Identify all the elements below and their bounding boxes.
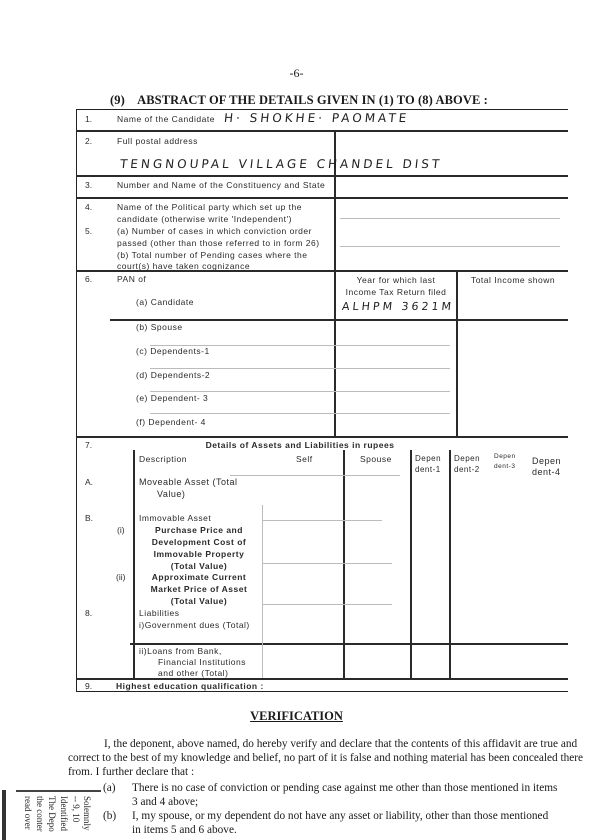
clause-marker: (b)	[103, 809, 116, 824]
col-dependent-4: Depen	[532, 456, 561, 466]
col-divider	[449, 450, 451, 678]
pan-row-dependent-3: (e) Dependent- 3	[136, 393, 208, 403]
row-letter: A.	[85, 477, 93, 487]
col-divider	[410, 450, 412, 678]
col-description: Description	[139, 454, 187, 464]
party-label-cont: candidate (otherwise write 'Independent'…	[117, 214, 292, 224]
page-number: -6-	[0, 66, 593, 81]
candidate-name-label: Name of the Candidate	[117, 114, 215, 124]
item-number: 2.	[85, 136, 92, 146]
section-heading: ABSTRACT OF THE DETAILS GIVEN IN (1) TO …	[137, 93, 488, 107]
stamp-line: -- 9, 10	[71, 796, 81, 822]
year-itr-header-cont: Income Tax Return filed	[336, 287, 456, 297]
moveable-asset-label: Moveable Asset (Total	[139, 477, 238, 487]
purchase-price-label-cont: Development Cost of	[134, 537, 264, 547]
government-dues-label: i)Government dues (Total)	[139, 620, 250, 630]
education-label: Highest education qualification :	[116, 681, 264, 691]
item-number: 4.	[85, 202, 92, 212]
pending-cases-label-cont: court(s) have taken cognizance	[117, 261, 250, 271]
item-number: 7.	[85, 440, 92, 450]
pan-label: PAN of	[117, 274, 146, 284]
row-divider	[76, 436, 568, 438]
row-divider	[76, 678, 568, 680]
pan-row-dependent-2: (d) Dependents-2	[136, 370, 210, 380]
clause-b-text-cont: in items 5 and 6 above.	[132, 823, 237, 838]
row-divider	[130, 643, 568, 645]
item-number: 9.	[85, 681, 92, 691]
col-dependent-2: Depen	[454, 454, 480, 463]
sub-number: (ii)	[116, 572, 125, 582]
row-divider	[76, 175, 568, 177]
constituency-label: Number and Name of the Constituency and …	[117, 180, 325, 190]
item-number: 3.	[85, 180, 92, 190]
item-number: 1.	[85, 114, 92, 124]
col-dependent-1: Depen	[415, 454, 441, 463]
purchase-price-label-cont: (Total Value)	[134, 561, 264, 571]
clause-b-text: I, my spouse, or my dependent do not hav…	[132, 809, 548, 824]
col-dependent-3-cont: dent-3	[494, 463, 515, 470]
market-price-label-cont: (Total Value)	[134, 596, 264, 606]
pan-row-dependent-4: (f) Dependent- 4	[136, 417, 206, 427]
col-dependent-3: Depen	[494, 453, 516, 460]
stamp-line: The Depo	[47, 796, 57, 832]
item-number: 6.	[85, 274, 92, 284]
notary-stamp: Solemnly -- 9, 10 Identified The Depo th…	[2, 790, 96, 840]
market-price-label-cont: Market Price of Asset	[134, 584, 264, 594]
section-number: (9)	[110, 93, 125, 107]
pending-cases-label: (b) Total number of Pending cases where …	[117, 250, 308, 260]
total-income-header: Total Income shown	[458, 275, 568, 285]
conviction-cases-label: (a) Number of cases in which conviction …	[117, 226, 312, 236]
verification-paragraph-line: from. I further declare that :	[68, 765, 194, 780]
col-divider	[343, 450, 345, 678]
market-price-label: Approximate Current	[134, 572, 264, 582]
clause-marker: (a)	[103, 781, 116, 796]
candidate-name-value[interactable]: H· SHOKHE· PAOMATE	[223, 111, 410, 125]
col-self: Self	[296, 454, 313, 464]
row-divider	[110, 319, 568, 321]
verification-paragraph-line: I, the deponent, above named, do hereby …	[104, 737, 577, 752]
stamp-line: the conter	[35, 796, 45, 832]
col-dependent-4-cont: dent-4	[532, 467, 561, 477]
row-letter: B.	[85, 513, 93, 523]
row-divider	[76, 197, 568, 199]
section-title: (9) ABSTRACT OF THE DETAILS GIVEN IN (1)…	[110, 93, 488, 108]
party-label: Name of the Political party which set up…	[117, 202, 302, 212]
col-dependent-1-cont: dent-1	[415, 465, 441, 474]
assets-title: Details of Assets and Liabilities in rup…	[130, 440, 470, 450]
purchase-price-label: Purchase Price and	[134, 525, 264, 535]
postal-address-label: Full postal address	[117, 136, 198, 146]
purchase-price-label-cont: Immovable Property	[134, 549, 264, 559]
clause-a-text-cont: 3 and 4 above;	[132, 795, 198, 810]
immovable-asset-label: Immovable Asset	[139, 513, 211, 523]
stamp-line: Identified	[59, 796, 69, 831]
verification-title: VERIFICATION	[0, 709, 593, 724]
sub-number: (i)	[117, 525, 125, 535]
stamp-line: read over	[23, 796, 33, 830]
row-divider	[76, 130, 568, 132]
moveable-asset-label-cont: Value)	[157, 489, 185, 499]
pan-row-candidate: (a) Candidate	[136, 297, 194, 307]
bank-loans-label-cont: and other (Total)	[158, 668, 228, 678]
item-number: 5.	[85, 226, 92, 236]
col-dependent-2-cont: dent-2	[454, 465, 480, 474]
pan-row-dependent-1: (c) Dependents-1	[136, 346, 210, 356]
year-itr-header: Year for which last	[336, 275, 456, 285]
stamp-line: Solemnly	[82, 796, 92, 831]
clause-a-text: There is no case of conviction or pendin…	[132, 781, 557, 796]
pan-row-spouse: (b) Spouse	[136, 322, 183, 332]
bank-loans-label: ii)Loans from Bank,	[139, 646, 222, 656]
col-spouse: Spouse	[360, 454, 392, 464]
conviction-cases-label-cont: passed (other than those referred to in …	[117, 238, 320, 248]
item-number: 8.	[85, 608, 92, 618]
pan-candidate-value[interactable]: ALHPM 3621M	[341, 300, 454, 313]
liabilities-label: Liabilities	[139, 608, 179, 618]
postal-address-value[interactable]: TENGNOUPAL VILLAGE CHANDEL DIST	[119, 157, 443, 171]
verification-paragraph-line: correct to the best of my knowledge and …	[68, 751, 583, 766]
col-divider	[456, 270, 458, 436]
bank-loans-label-cont: Financial Institutions	[158, 657, 246, 667]
